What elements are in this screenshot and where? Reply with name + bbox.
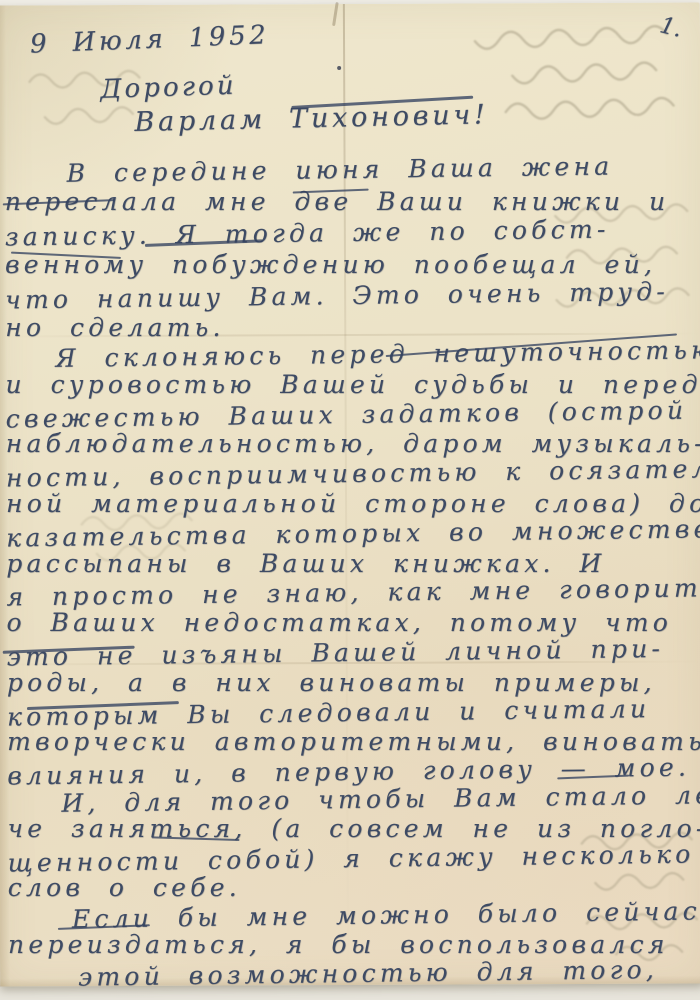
salutation-line-1: Дорогой (100, 71, 237, 105)
scan-background: 1. 9 Июля 1952 Дорогой Варлам Тихонович!… (0, 0, 700, 1000)
handwritten-line: и суровостью Вашей судьбы и перед (0, 370, 700, 400)
paragraph-4: Если бы мне можно было сейчас переиздать… (0, 899, 700, 989)
handwritten-line: наблюдательностью, даром музыкаль- (0, 429, 700, 459)
handwritten-line: я просто не знаю, как мне говорить (0, 574, 700, 613)
handwritten-line: ной материальной стороне слова) до- (0, 489, 700, 519)
handwritten-line: В середине июня Ваша жена (0, 149, 700, 190)
paragraph-1: В середине июня Ваша жена переслала мне … (0, 152, 700, 344)
ink-dot (337, 66, 341, 70)
letter-page: 1. 9 Июля 1952 Дорогой Варлам Тихонович!… (0, 2, 700, 986)
handwritten-line: че заняться, (а совсем не из погло- (0, 814, 700, 843)
handwritten-line: этой возможностью для того, (0, 954, 700, 992)
handwritten-line: о Ваших недостатках, потому что (0, 608, 700, 638)
paragraph-2: Я склоняюсь перед нешуточностью и сурово… (0, 338, 700, 788)
date-line: 9 Июля 1952 (30, 20, 270, 59)
handwritten-line: переиздаться, я бы воспользовался (0, 930, 700, 959)
handwritten-line: роды, а в них виноваты примеры, (0, 668, 700, 698)
handwritten-line: что напишу Вам. Это очень труд- (0, 275, 700, 316)
handwritten-line: щенности собой) я скажу несколько (0, 839, 700, 878)
handwritten-line: Если бы мне можно было сейчас (0, 896, 700, 934)
paragraph-3: И, для того чтобы Вам стало лег- че заня… (0, 783, 700, 904)
handwritten-line: это не изъяны Вашей личной при- (0, 633, 700, 672)
handwritten-line: ности, восприимчивостью к осязатель- (0, 455, 700, 494)
handwritten-line: казательства которых во множестве (0, 514, 700, 553)
handwritten-line: венному побуждению пообещал ей, (0, 249, 700, 281)
handwritten-line: творчески авторитетными, виноваты (0, 727, 700, 757)
paper-tear (332, 2, 339, 26)
page-number: 1. (657, 12, 685, 42)
handwritten-line: записку. Я тогда же по собст- (0, 212, 700, 253)
